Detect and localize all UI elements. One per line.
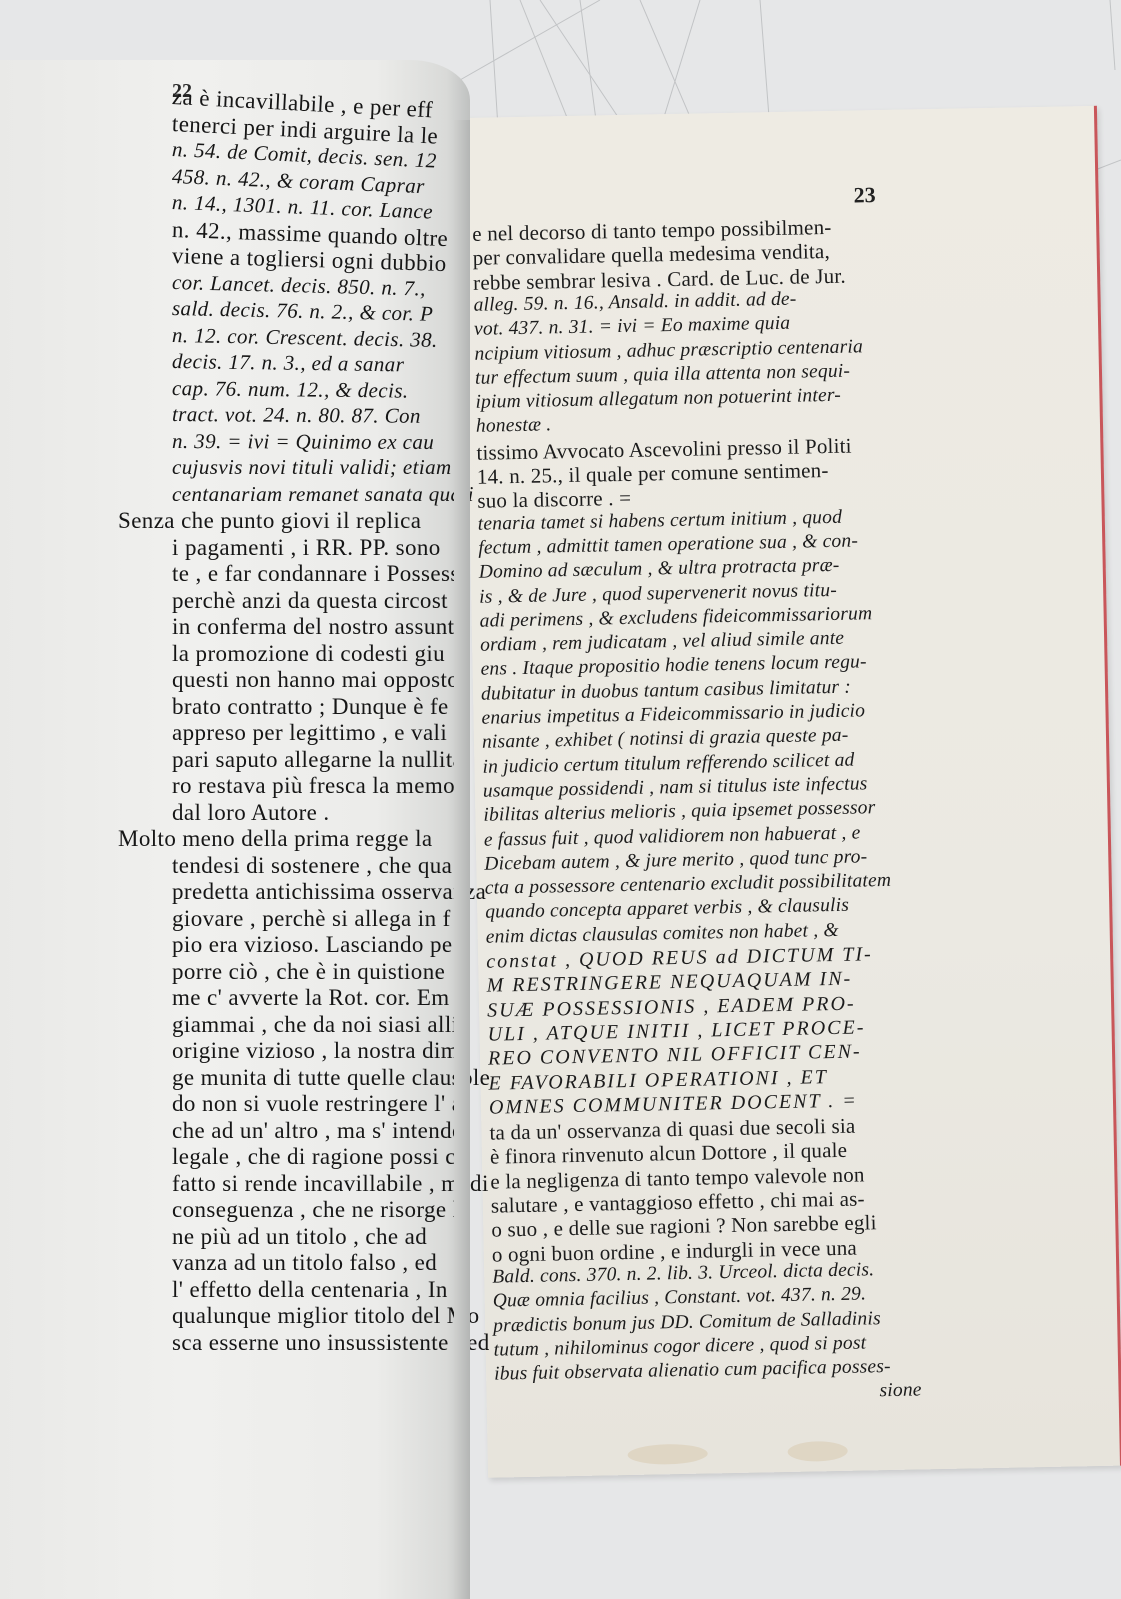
text-line: giovare , perchè si allega in f [172,906,451,932]
text-line: cujusvis novi tituli validi; etiam [172,455,452,480]
text-line: ibus fuit observata alienatio cum pacifi… [494,1356,891,1386]
text-line: vot. 437. n. 31. = ivi = Eo maxime quia [474,313,791,341]
text-line: i pagamenti , i RR. PP. sono [172,535,441,561]
text-line: dal loro Autore . [172,800,330,826]
text-line: pari saputo allegarne la nullità [172,747,463,773]
text-line: questi non hanno mai opposto [172,667,459,693]
text-line: decis. 17. n. 3., ed a sanar [172,349,405,377]
text-line: sald. decis. 76. n. 2., & cor. P [172,296,434,327]
text-line: vanza ad un titolo falso , ed [172,1250,437,1276]
text-line: appreso per legittimo , e vali [172,720,447,746]
text-line: Senza che punto giovi il replica [118,508,421,534]
text-line: te , e far condannare i Possess [172,561,460,587]
text-line: tendesi di sostenere , che qua [172,853,452,879]
text-line: porre ciò , che è in quistione [172,959,445,985]
text-line: 14. n. 25., il quale per comune sentimen… [477,458,829,490]
catchword: sione [879,1380,922,1403]
text-line: n. 12. cor. Crescent. decis. 38. [172,323,438,353]
text-line: n. 39. = ivi = Quinimo ex cau [172,429,434,455]
text-line: brato contratto ; Dunque è fe [172,694,449,720]
text-line: cap. 76. num. 12., & decis. [172,376,409,404]
paper-stain [628,1444,708,1466]
text-line: do non si vuole restringere l' a [172,1091,462,1117]
left-page: 22 za è incavillabile , e per efftenerci… [0,60,470,1599]
right-page: 23 e nel decorso di tanto tempo possibil… [462,106,1121,1478]
text-line: Molto meno della prima regge la [118,826,433,852]
text-line: che ad un' altro , ma s' intende [172,1118,463,1144]
text-line: pio era vizioso. Lasciando pe [172,932,452,958]
text-line: l' effetto della centenaria , In [172,1277,448,1303]
text-line: ne più ad un titolo , che ad [172,1224,427,1250]
text-line: giammai , che da noi siasi allig [172,1012,470,1038]
text-line: la promozione di codesti giu [172,641,445,667]
text-line: honestæ . [476,415,552,438]
text-line: in conferma del nostro assunto [172,614,466,640]
text-line: origine vizioso , la nostra dim [172,1038,459,1064]
right-page-text: e nel decorso di tanto tempo possibilmen… [470,109,910,117]
text-line: fatto si rende incavillabile , medi [172,1171,489,1197]
text-line: sca esserne uno insussistente , ed [172,1330,490,1356]
text-line: perchè anzi da questa circost [172,588,448,614]
text-line: tract. vot. 24. n. 80. 87. Con [172,402,421,429]
text-line: predetta antichissima osservanza [172,879,486,905]
text-line: conseguenza , che ne risorge l [172,1197,459,1223]
text-line: me c' avverte la Rot. cor. Em [172,985,450,1011]
text-line: legale , che di ragione possi co [172,1144,468,1170]
text-line: centanariam remanet sanata quali [172,482,474,507]
text-line: ge munita di tutte quelle clausole [172,1065,490,1091]
text-line: qualunque miglior titolo del Mo [172,1303,480,1329]
book-spine-curve [454,120,470,1599]
page-number-right: 23 [853,182,875,208]
text-line: ro restava più fresca la memo [172,773,455,799]
paper-stain [787,1441,847,1462]
text-line: ipium vitiosum allegatum non potuerint i… [475,385,841,414]
